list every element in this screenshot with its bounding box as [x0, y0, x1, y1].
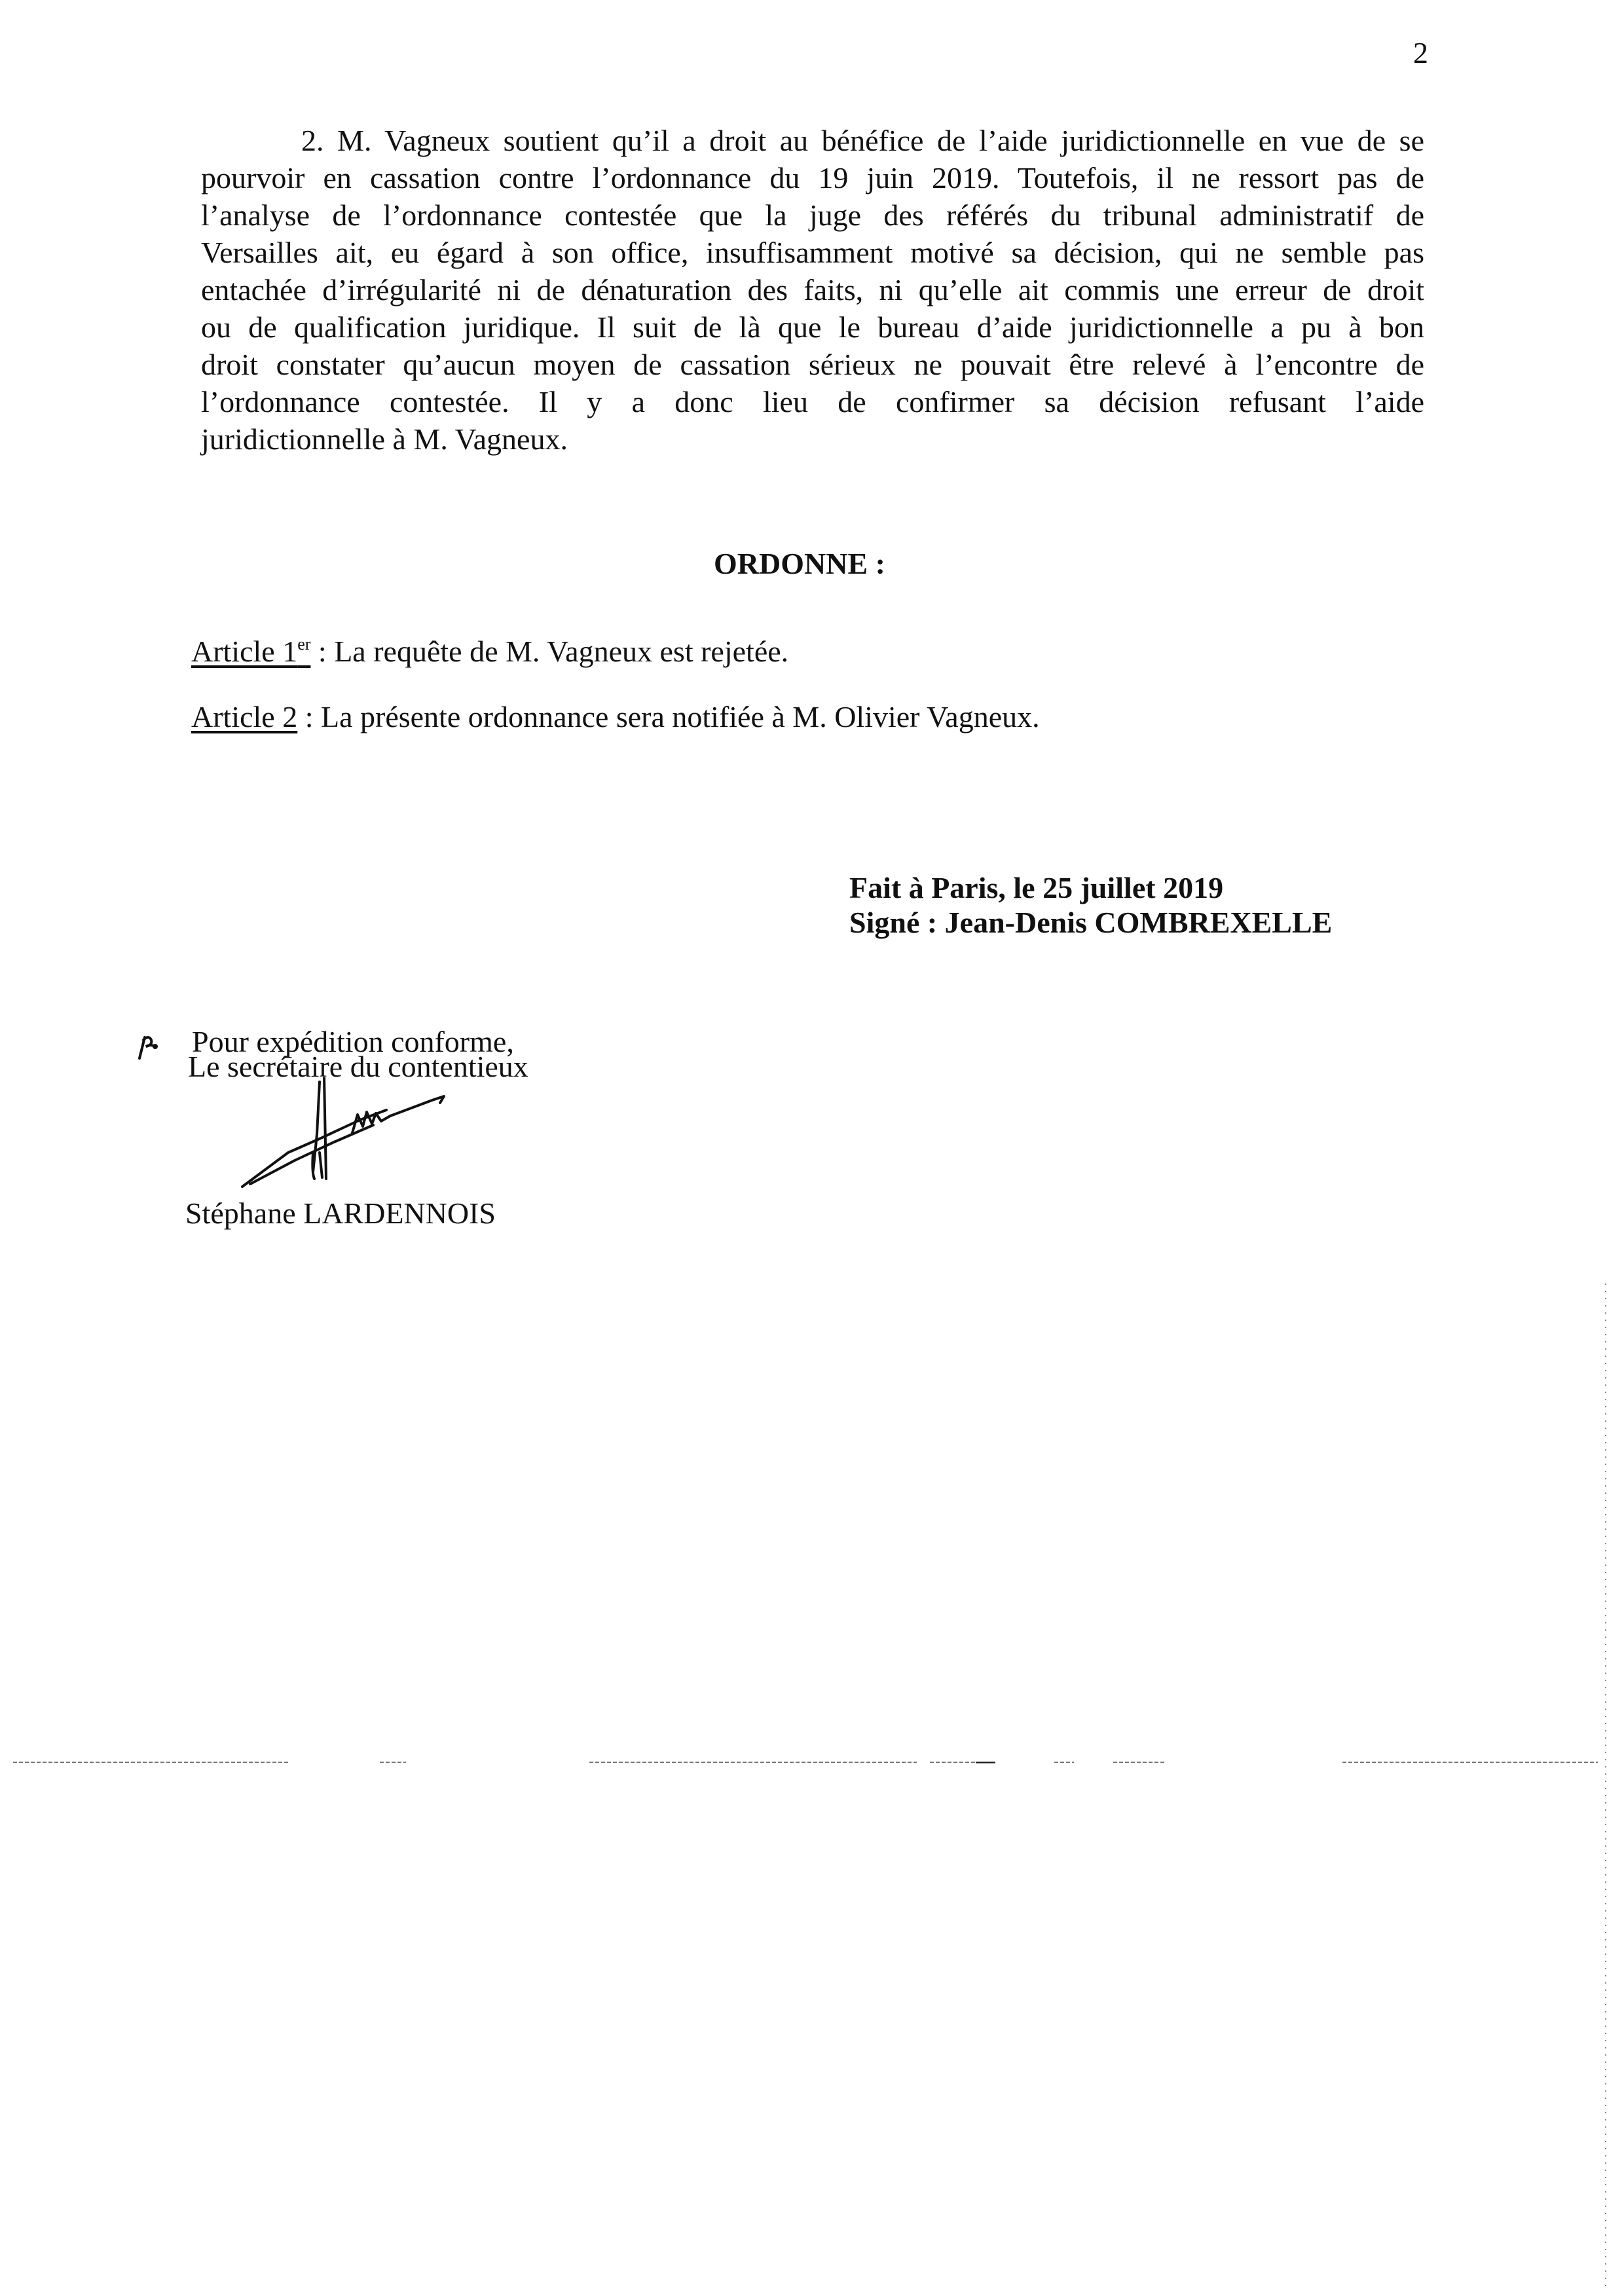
article-text: : La requête de M. Vagneux est rejetée.: [310, 635, 788, 668]
paragraph-line: juridictionnelle à M. Vagneux.: [201, 420, 1424, 458]
scan-artifact-edge: [1604, 1284, 1607, 2292]
paragraph-line: ou de qualification juridique. Il suit d…: [201, 308, 1424, 346]
paragraph-2: 2. M. Vagneux soutient qu’il a droit au …: [201, 122, 1424, 458]
scan-artifact-line: [13, 1762, 1598, 1764]
paragraph-line: Versailles ait, eu égard à son office, i…: [201, 234, 1424, 271]
article-text: : La présente ordonnance sera notifiée à…: [297, 700, 1039, 733]
decision-heading: ORDONNE :: [714, 545, 885, 582]
article-1: Article 1er : La requête de M. Vagneux e…: [191, 633, 788, 670]
paragraph-line: pourvoir en cassation contre l’ordonnanc…: [201, 159, 1424, 196]
paragraph-line: l’ordonnance contestée. Il y a donc lieu…: [201, 383, 1424, 420]
article-label: Article 2: [191, 700, 297, 733]
page-number: 2: [1413, 38, 1428, 68]
article-2: Article 2 : La présente ordonnance sera …: [191, 698, 1040, 735]
place-date: Fait à Paris, le 25 juillet 2019: [849, 870, 1223, 905]
paragraph-line: entachée d’irrégularité ni de dénaturati…: [201, 271, 1424, 308]
paragraph-line: 2. M. Vagneux soutient qu’il a droit au …: [201, 122, 1424, 159]
clerk-name: Stéphane LARDENNOIS: [185, 1201, 496, 1226]
paragraph-line: l’analyse de l’ordonnance contestée que …: [201, 196, 1424, 234]
article-label: Article 1er: [191, 635, 310, 668]
signed-by: Signé : Jean-Denis COMBREXELLE: [849, 905, 1332, 940]
handwritten-initials-icon: [134, 1029, 160, 1062]
paragraph-line: droit constater qu’aucun moyen de cassat…: [201, 346, 1424, 383]
handwritten-signature-icon: [236, 1074, 458, 1198]
